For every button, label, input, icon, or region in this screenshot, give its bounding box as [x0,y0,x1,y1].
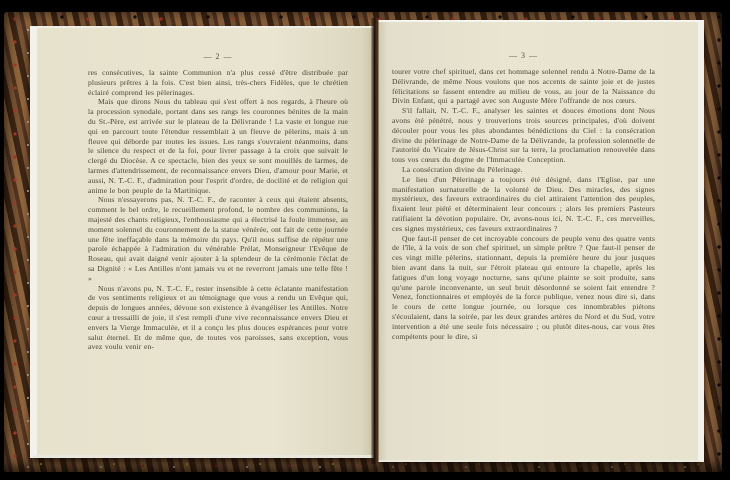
paragraph: La consécration divine du Pèlerinage. [392,165,655,175]
paragraph: Le lieu d'un Pèlerinage a toujours été d… [392,175,655,234]
paragraph: Mais que dirons Nous du tableau qui s'es… [88,97,348,195]
book-page-right: — 3 — tourer votre chef spirituel, dans … [378,20,704,462]
page-number-right: — 3 — [392,51,655,60]
book-page-left: — 2 — res consécutives, la sainte Commun… [30,26,374,458]
page-number-left: — 2 — [88,52,348,61]
paragraph: Nous n'essayerons pas, N. T.-C. F., de r… [88,195,348,283]
paragraph: Nous n'avons pu, N. T.-C. F., rester ins… [88,284,348,353]
paragraph: Que faut-il penser de cet incroyable con… [392,234,655,342]
scanned-book-view: — 2 — res consécutives, la sainte Commun… [0,0,730,480]
paragraph: res consécutives, la sainte Communion n'… [88,68,348,97]
page-text-left: res consécutives, la sainte Communion n'… [88,68,348,352]
book-gutter-shadow [371,18,379,464]
page-text-right: tourer votre chef spirituel, dans cet ho… [392,67,655,341]
paragraph: S'il fallait, N. T.-C. F., analyser les … [392,106,655,165]
paragraph: tourer votre chef spirituel, dans cet ho… [392,67,655,106]
